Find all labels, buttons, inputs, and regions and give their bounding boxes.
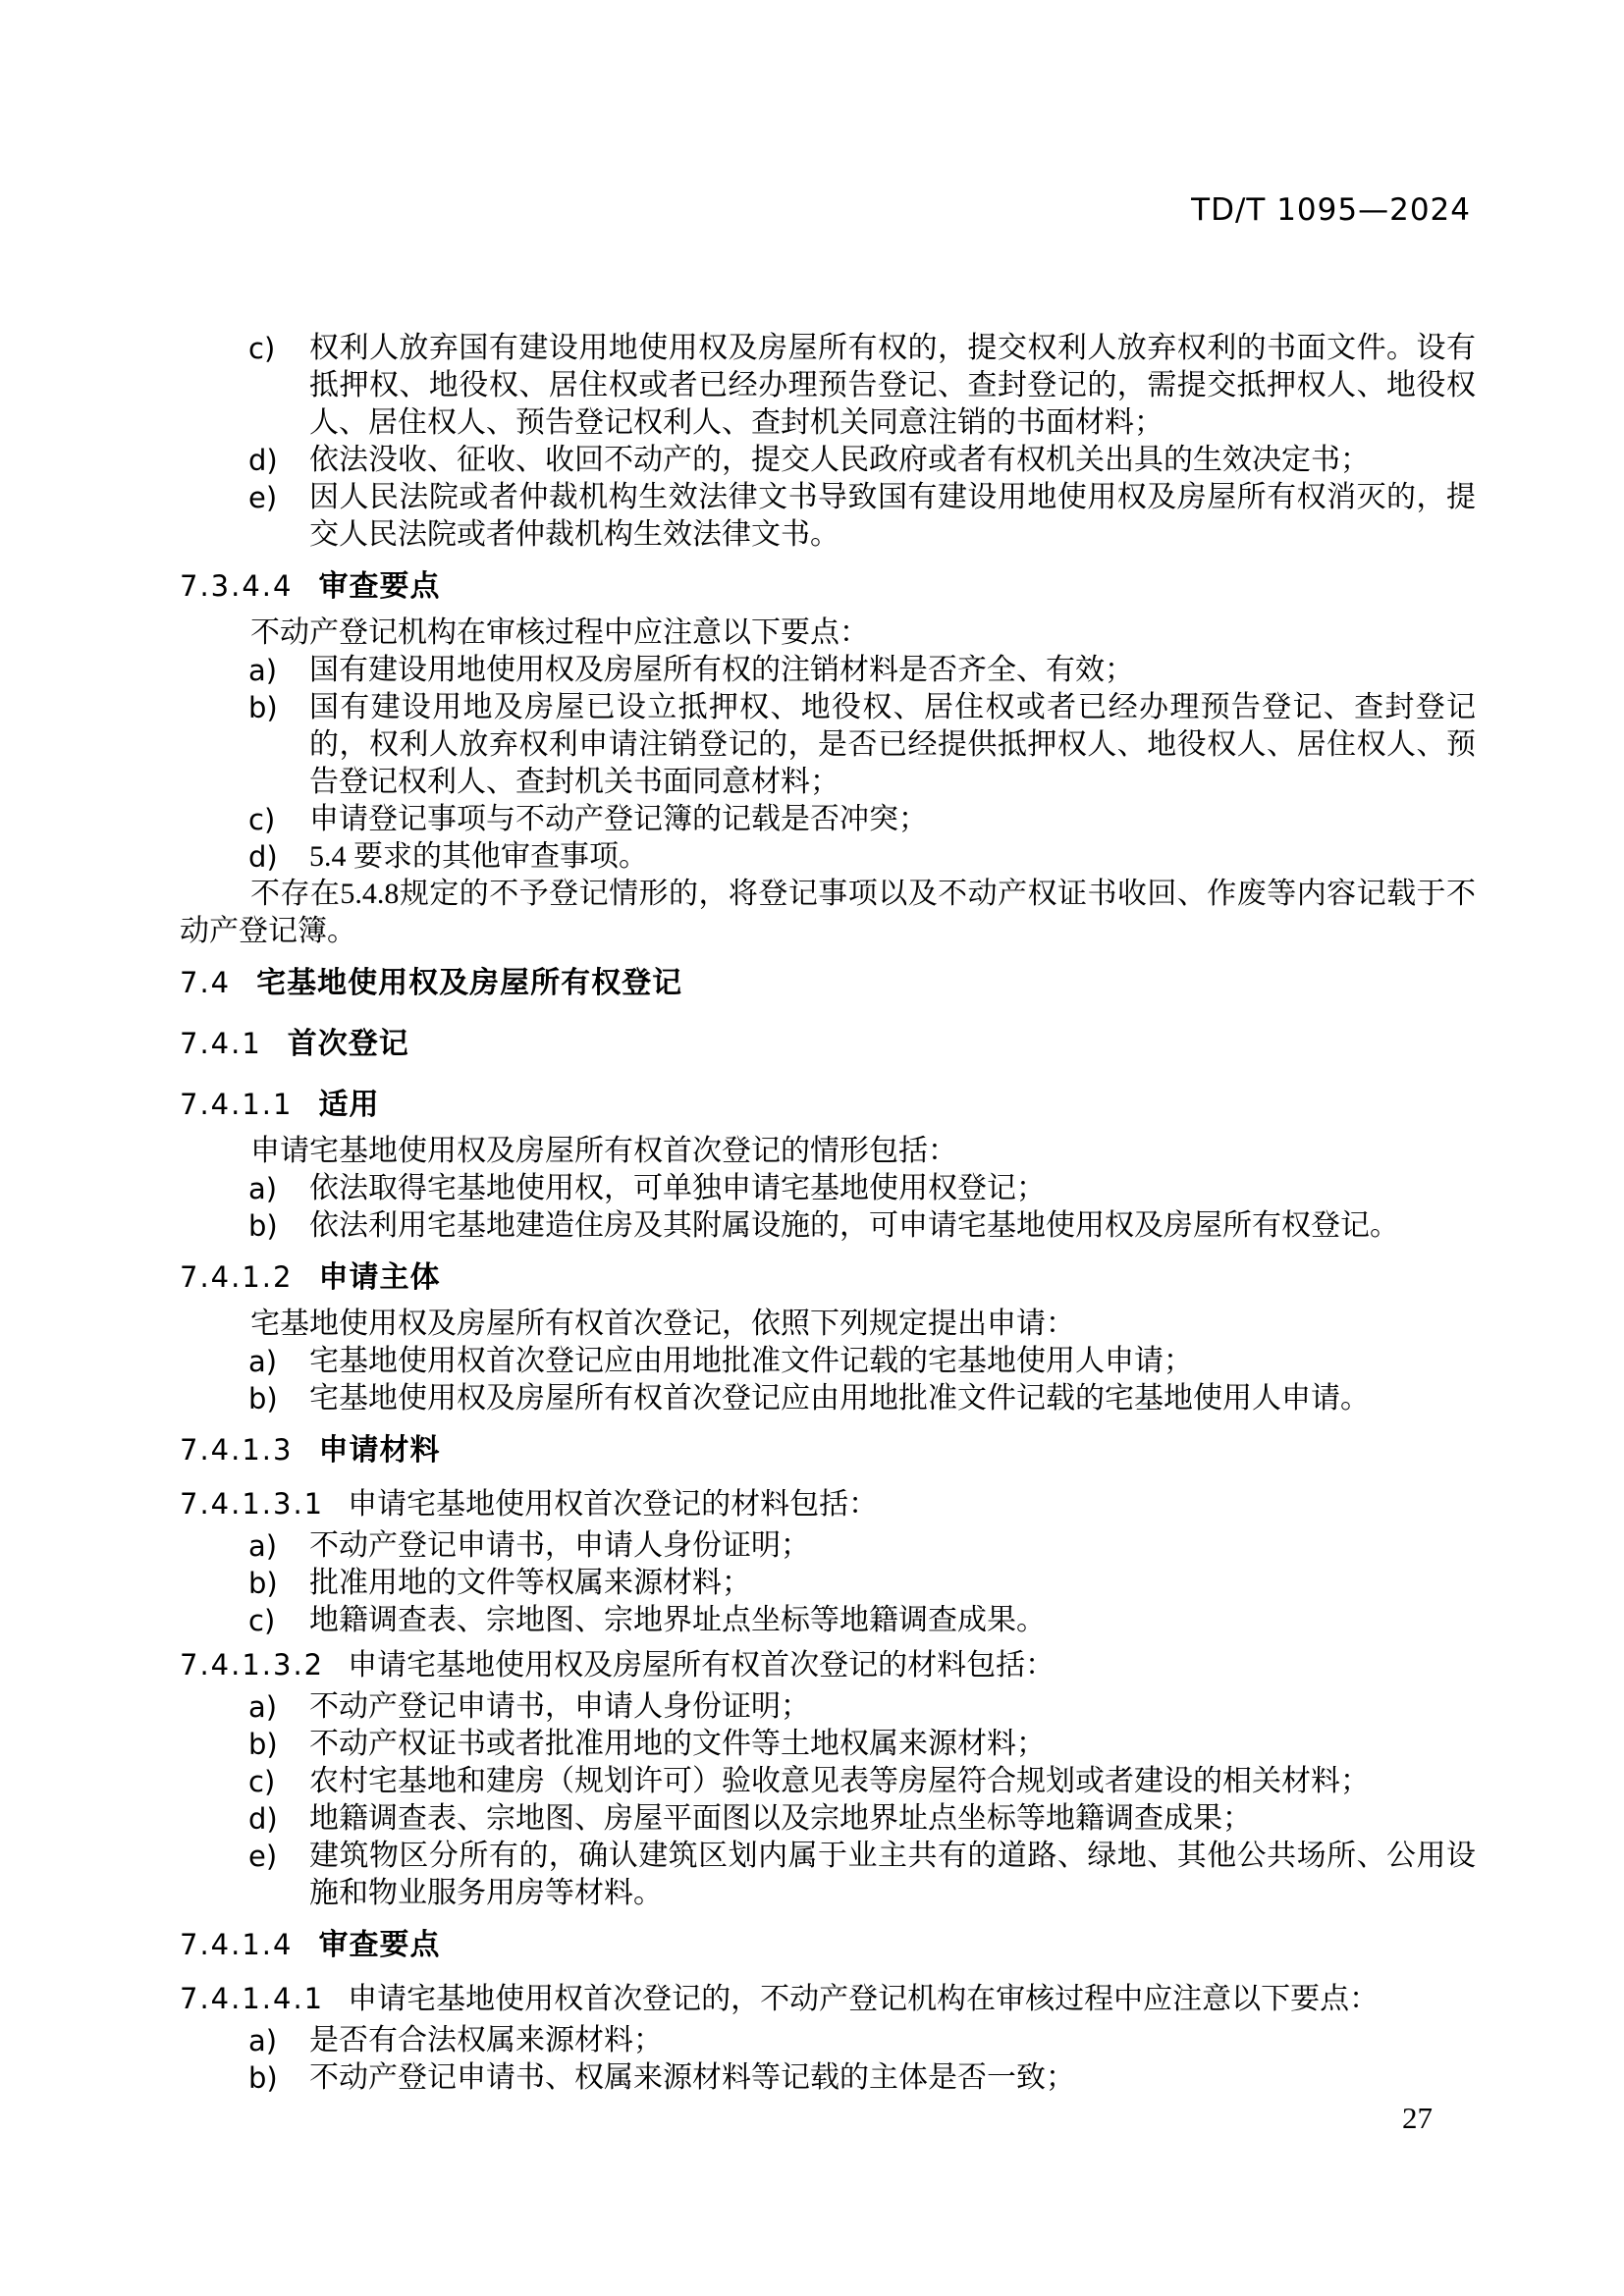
- list-item-marker: b): [248, 1726, 278, 1763]
- list-item-marker: d): [248, 838, 278, 876]
- list-item-text: 因人民法院或者仲裁机构生效法律文书导致国有建设用地使用权及房屋所有权消灭的，提交…: [309, 481, 1476, 551]
- body-paragraph: 不存在5.4.8规定的不予登记情形的，将登记事项以及不动产权证书收回、作废等内容…: [180, 876, 1476, 950]
- list-item: e)因人民法院或者仲裁机构生效法律文书导致国有建设用地使用权及房屋所有权消灭的，…: [180, 479, 1476, 554]
- section-heading-title: 适用: [318, 1089, 379, 1121]
- list-item-text: 5.4 要求的其他审查事项。: [309, 840, 648, 873]
- list-item-text: 依法没收、征收、收回不动产的，提交人民政府或者有权机关出具的生效决定书；: [309, 444, 1370, 476]
- clause-text: 申请宅基地使用权及房屋所有权首次登记的材料包括：: [348, 1649, 1055, 1682]
- section-heading-title: 申请主体: [318, 1261, 440, 1294]
- numbered-clause: 7.4.1.4.1申请宅基地使用权首次登记的，不动产登记机构在审核过程中应注意以…: [180, 1980, 1476, 2018]
- list-item: c)地籍调查表、宗地图、宗地界址点坐标等地籍调查成果。: [180, 1602, 1476, 1639]
- list-item-marker: a): [248, 2022, 277, 2059]
- body-paragraph: 不动产登记机构在审核过程中应注意以下要点：: [180, 614, 1476, 652]
- list-item-marker: c): [248, 801, 275, 838]
- list-item-marker: a): [248, 1343, 277, 1380]
- section-heading: 7.4宅基地使用权及房屋所有权登记: [180, 964, 1476, 1002]
- list-item-text: 地籍调查表、宗地图、宗地界址点坐标等地籍调查成果。: [309, 1604, 1046, 1636]
- section-heading: 7.4.1.4审查要点: [180, 1926, 1476, 1964]
- section-heading: 7.4.1.2申请主体: [180, 1258, 1476, 1297]
- clause-number: 7.4.1.3.2: [180, 1648, 324, 1682]
- lettered-list: c)权利人放弃国有建设用地使用权及房屋所有权的，提交权利人放弃权利的书面文件。设…: [180, 330, 1476, 554]
- list-item-text: 依法利用宅基地建造住房及其附属设施的，可申请宅基地使用权及房屋所有权登记。: [309, 1209, 1399, 1242]
- document-content: c)权利人放弃国有建设用地使用权及房屋所有权的，提交权利人放弃权利的书面文件。设…: [180, 330, 1476, 2097]
- document-page: TD/T 1095—2024 c)权利人放弃国有建设用地使用权及房屋所有权的，提…: [0, 0, 1624, 2296]
- numbered-clause: 7.4.1.3.1申请宅基地使用权首次登记的材料包括：: [180, 1485, 1476, 1523]
- list-item-text: 批准用地的文件等权属来源材料；: [309, 1567, 751, 1599]
- list-item-text: 建筑物区分所有的，确认建筑区划内属于业主共有的道路、绿地、其他公共场所、公用设施…: [309, 1840, 1476, 1909]
- list-item-marker: e): [248, 479, 277, 516]
- list-item: a)依法取得宅基地使用权，可单独申请宅基地使用权登记；: [180, 1170, 1476, 1207]
- section-heading-number: 7.4.1.4: [180, 1928, 293, 1961]
- clause-text: 申请宅基地使用权首次登记的，不动产登记机构在审核过程中应注意以下要点：: [348, 1983, 1379, 2015]
- list-item: a)不动产登记申请书，申请人身份证明；: [180, 1527, 1476, 1565]
- list-item-marker: d): [248, 1800, 278, 1838]
- list-item: b)批准用地的文件等权属来源材料；: [180, 1565, 1476, 1602]
- lettered-list: a)依法取得宅基地使用权，可单独申请宅基地使用权登记；b)依法利用宅基地建造住房…: [180, 1170, 1476, 1245]
- list-item: e)建筑物区分所有的，确认建筑区划内属于业主共有的道路、绿地、其他公共场所、公用…: [180, 1838, 1476, 1912]
- section-heading: 7.3.4.4审查要点: [180, 567, 1476, 606]
- list-item: a)不动产登记申请书，申请人身份证明；: [180, 1688, 1476, 1726]
- list-item-text: 地籍调查表、宗地图、房屋平面图以及宗地界址点坐标等地籍调查成果；: [309, 1802, 1252, 1835]
- list-item: b)国有建设用地及房屋已设立抵押权、地役权、居住权或者已经办理预告登记、查封登记…: [180, 689, 1476, 801]
- list-item-marker: d): [248, 442, 278, 479]
- section-heading-title: 审查要点: [318, 570, 440, 603]
- section-heading-number: 7.4.1.2: [180, 1260, 293, 1294]
- section-heading: 7.4.1.3申请材料: [180, 1431, 1476, 1469]
- list-item-text: 申请登记事项与不动产登记簿的记载是否冲突；: [309, 803, 928, 835]
- list-item-marker: b): [248, 1380, 278, 1417]
- lettered-list: a)宅基地使用权首次登记应由用地批准文件记载的宅基地使用人申请；b)宅基地使用权…: [180, 1343, 1476, 1417]
- list-item-marker: b): [248, 1207, 278, 1245]
- list-item-marker: c): [248, 1763, 275, 1800]
- clause-number: 7.4.1.3.1: [180, 1487, 324, 1521]
- list-item-text: 不动产登记申请书，申请人身份证明；: [309, 1529, 810, 1562]
- section-heading: 7.4.1.1适用: [180, 1086, 1476, 1124]
- section-heading-number: 7.4.1.3: [180, 1433, 293, 1467]
- list-item-marker: a): [248, 1527, 277, 1565]
- section-heading-number: 7.3.4.4: [180, 569, 293, 603]
- list-item: d)5.4 要求的其他审查事项。: [180, 838, 1476, 876]
- list-item-text: 权利人放弃国有建设用地使用权及房屋所有权的，提交权利人放弃权利的书面文件。设有抵…: [309, 332, 1476, 439]
- list-item-marker: b): [248, 2059, 278, 2097]
- list-item: b)依法利用宅基地建造住房及其附属设施的，可申请宅基地使用权及房屋所有权登记。: [180, 1207, 1476, 1245]
- list-item: b)不动产权证书或者批准用地的文件等土地权属来源材料；: [180, 1726, 1476, 1763]
- list-item: c)权利人放弃国有建设用地使用权及房屋所有权的，提交权利人放弃权利的书面文件。设…: [180, 330, 1476, 442]
- standard-number: TD/T 1095—2024: [1191, 192, 1471, 228]
- list-item-text: 不动产登记申请书，申请人身份证明；: [309, 1690, 810, 1723]
- list-item: d)地籍调查表、宗地图、房屋平面图以及宗地界址点坐标等地籍调查成果；: [180, 1800, 1476, 1838]
- list-item-text: 宅基地使用权首次登记应由用地批准文件记载的宅基地使用人申请；: [309, 1345, 1193, 1377]
- list-item: c)农村宅基地和建房（规划许可）验收意见表等房屋符合规划或者建设的相关材料；: [180, 1763, 1476, 1800]
- list-item: a)是否有合法权属来源材料；: [180, 2022, 1476, 2059]
- list-item-text: 国有建设用地使用权及房屋所有权的注销材料是否齐全、有效；: [309, 654, 1134, 686]
- lettered-list: a)不动产登记申请书，申请人身份证明；b)批准用地的文件等权属来源材料；c)地籍…: [180, 1527, 1476, 1639]
- list-item-text: 国有建设用地及房屋已设立抵押权、地役权、居住权或者已经办理预告登记、查封登记的，…: [309, 691, 1476, 798]
- list-item-marker: a): [248, 1170, 277, 1207]
- list-item-text: 不动产权证书或者批准用地的文件等土地权属来源材料；: [309, 1728, 1046, 1760]
- list-item-text: 依法取得宅基地使用权，可单独申请宅基地使用权登记；: [309, 1172, 1046, 1204]
- body-paragraph: 宅基地使用权及房屋所有权首次登记，依照下列规定提出申请：: [180, 1306, 1476, 1343]
- section-heading-title: 审查要点: [318, 1929, 440, 1961]
- section-heading-number: 7.4: [180, 966, 231, 999]
- list-item-marker: a): [248, 652, 277, 689]
- list-item: d)依法没收、征收、收回不动产的，提交人民政府或者有权机关出具的生效决定书；: [180, 442, 1476, 479]
- list-item: a)国有建设用地使用权及房屋所有权的注销材料是否齐全、有效；: [180, 652, 1476, 689]
- list-item-marker: b): [248, 1565, 278, 1602]
- list-item-text: 不动产登记申请书、权属来源材料等记载的主体是否一致；: [309, 2061, 1075, 2094]
- numbered-clause: 7.4.1.3.2申请宅基地使用权及房屋所有权首次登记的材料包括：: [180, 1646, 1476, 1684]
- list-item-marker: c): [248, 1602, 275, 1639]
- section-heading-number: 7.4.1: [180, 1027, 262, 1060]
- section-heading-number: 7.4.1.1: [180, 1088, 293, 1121]
- section-heading-title: 申请材料: [318, 1434, 440, 1467]
- list-item-text: 农村宅基地和建房（规划许可）验收意见表等房屋符合规划或者建设的相关材料；: [309, 1765, 1370, 1797]
- page-number: 27: [1402, 2101, 1433, 2136]
- list-item: a)宅基地使用权首次登记应由用地批准文件记载的宅基地使用人申请；: [180, 1343, 1476, 1380]
- list-item-marker: c): [248, 330, 275, 367]
- section-heading-title: 宅基地使用权及房屋所有权登记: [256, 967, 682, 999]
- lettered-list: a)是否有合法权属来源材料；b)不动产登记申请书、权属来源材料等记载的主体是否一…: [180, 2022, 1476, 2097]
- lettered-list: a)国有建设用地使用权及房屋所有权的注销材料是否齐全、有效；b)国有建设用地及房…: [180, 652, 1476, 876]
- lettered-list: a)不动产登记申请书，申请人身份证明；b)不动产权证书或者批准用地的文件等土地权…: [180, 1688, 1476, 1912]
- clause-number: 7.4.1.4.1: [180, 1982, 324, 2015]
- list-item-marker: e): [248, 1838, 277, 1875]
- clause-text: 申请宅基地使用权首次登记的材料包括：: [348, 1488, 878, 1521]
- list-item-text: 是否有合法权属来源材料；: [309, 2024, 663, 2056]
- list-item: c)申请登记事项与不动产登记簿的记载是否冲突；: [180, 801, 1476, 838]
- list-item-text: 宅基地使用权及房屋所有权首次登记应由用地批准文件记载的宅基地使用人申请。: [309, 1382, 1370, 1415]
- list-item: b)不动产登记申请书、权属来源材料等记载的主体是否一致；: [180, 2059, 1476, 2097]
- list-item-marker: a): [248, 1688, 277, 1726]
- list-item-marker: b): [248, 689, 278, 726]
- section-heading: 7.4.1首次登记: [180, 1025, 1476, 1063]
- list-item: b)宅基地使用权及房屋所有权首次登记应由用地批准文件记载的宅基地使用人申请。: [180, 1380, 1476, 1417]
- section-heading-title: 首次登记: [288, 1028, 409, 1060]
- body-paragraph: 申请宅基地使用权及房屋所有权首次登记的情形包括：: [180, 1133, 1476, 1170]
